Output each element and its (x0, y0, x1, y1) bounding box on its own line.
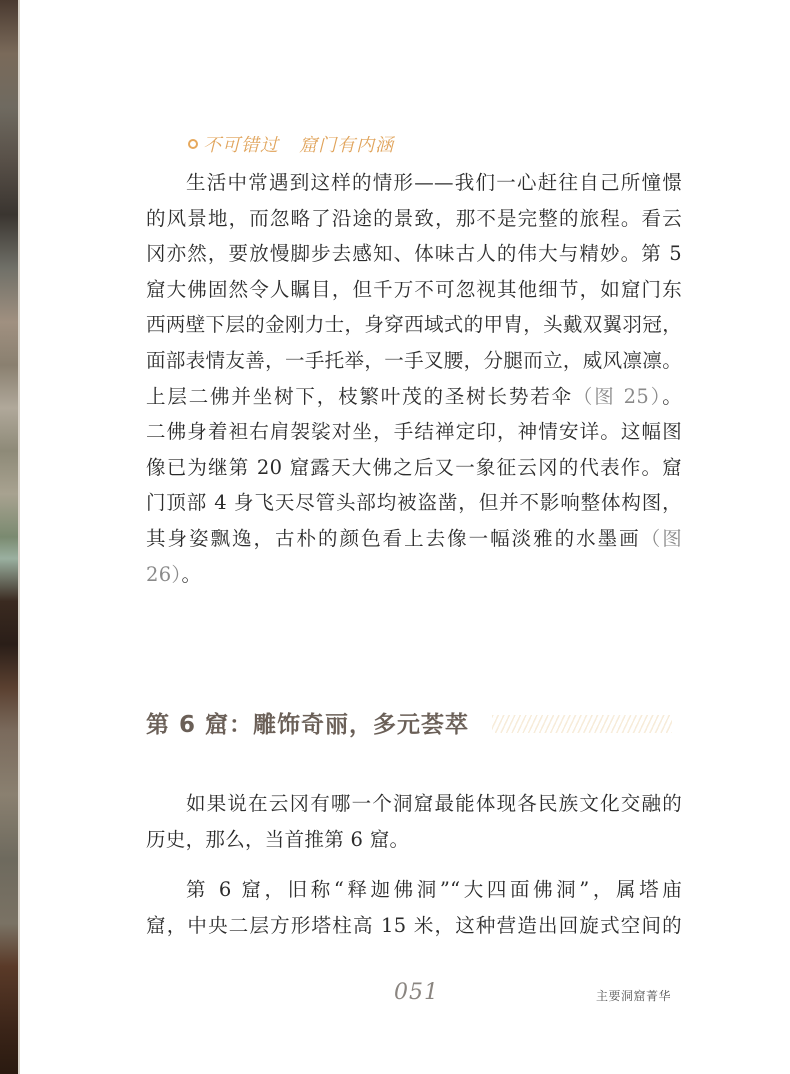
text-line: 门顶部 4 身飞天尽管头部均被盗凿，但并不影响整体构图， (146, 485, 682, 521)
painting-edge-strip (0, 0, 20, 1074)
text-line: 上层二佛并坐树下，枝繁叶茂的圣树长势若伞（图 25）。 (146, 379, 682, 415)
text-line: 其身姿飘逸，古朴的颜色看上去像一幅淡雅的水墨画（图 (146, 521, 682, 557)
text-line: 如果说在云冈有哪一个洞窟最能体现各民族文化交融的 (146, 786, 682, 822)
ring-bullet-icon (188, 139, 198, 149)
text-line: 历史，那么，当首推第 6 窟。 (146, 822, 682, 858)
page-number: 051 (394, 980, 439, 1005)
text-line: 窟大佛固然令人瞩目，但千万不可忽视其他细节，如窟门东 (146, 272, 682, 308)
hatch-decoration (492, 715, 672, 733)
text-line: 面部表情友善，一手托举，一手叉腰，分腿而立，威风凛凛。 (146, 343, 682, 379)
text-segment: 。 (662, 385, 682, 408)
text-line: 冈亦然，要放慢脚步去感知、体味古人的伟大与精妙。第 5 (146, 236, 682, 272)
text-line: 生活中常遇到这样的情形——我们一心赶往自己所憧憬 (146, 165, 682, 201)
paragraph-cave5-details: 生活中常遇到这样的情形——我们一心赶往自己所憧憬 的风景地，而忽略了沿途的景致，… (146, 165, 682, 592)
text-segment: 。 (181, 563, 201, 586)
text-segment: 上层二佛并坐树下，枝繁叶茂的圣树长势若伞 (146, 385, 573, 408)
text-line: 第 6 窟，旧称“释迦佛洞”“大四面佛洞”，属塔庙 (146, 872, 682, 908)
section-title: 第 6 窟：雕饰奇丽，多元荟萃 (146, 706, 469, 739)
subheading-label: 不可错过 (203, 131, 279, 157)
text-line: 窟，中央二层方形塔柱高 15 米，这种营造出回旋式空间的 (146, 908, 682, 944)
text-line: 西两壁下层的金刚力士，身穿西域式的甲胄，头戴双翼羽冠， (146, 307, 682, 343)
paragraph-cave6-structure: 第 6 窟，旧称“释迦佛洞”“大四面佛洞”，属塔庙 窟，中央二层方形塔柱高 15… (146, 872, 682, 943)
subheading-gap (279, 134, 299, 155)
figure-ref-26-end: 26） (146, 563, 181, 586)
paragraph-cave6-intro: 如果说在云冈有哪一个洞窟最能体现各民族文化交融的 历史，那么，当首推第 6 窟。 (146, 786, 682, 857)
figure-ref-26-start: （图 (641, 527, 682, 550)
figure-ref-25: （图 25） (573, 385, 662, 408)
subheading-title: 窟门有内涵 (299, 131, 394, 157)
text-line: 像已为继第 20 窟露天大佛之后又一象征云冈的代表作。窟 (146, 450, 682, 486)
subheading: 不可错过 窟门有内涵 (188, 131, 394, 157)
text-segment: 其身姿飘逸，古朴的颜色看上去像一幅淡雅的水墨画 (146, 527, 641, 550)
running-head: 主要洞窟菁华 (596, 987, 671, 1004)
text-line: 的风景地，而忽略了沿途的景致，那不是完整的旅程。看云 (146, 201, 682, 237)
text-line: 二佛身着袒右肩袈裟对坐，手结禅定印，神情安详。这幅图 (146, 414, 682, 450)
text-line: 26）。 (146, 557, 682, 593)
